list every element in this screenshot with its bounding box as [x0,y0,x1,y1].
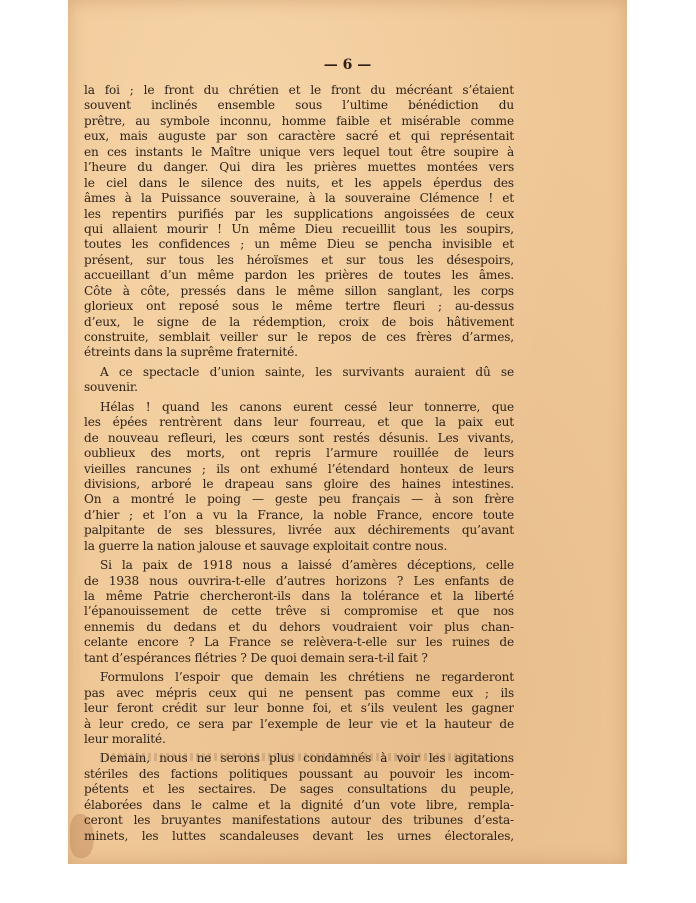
text-line: oublieux des morts, ont repris l’armure … [84,446,514,461]
text-line: pas avec mépris ceux qui ne pensent pas … [84,686,514,701]
faded-show-through-text [100,753,495,761]
text-line: présent, sur tous les héroïsmes et sur t… [84,253,514,268]
text-line: d’eux, le signe de la rédemption, croix … [84,315,514,330]
paragraph: Demain, nous ne serons plus condamnés à … [84,751,514,844]
paragraph: Si la paix de 1918 nous a laissé d’amère… [84,558,514,666]
text-line: les repentirs purifiés par les supplicat… [84,207,514,222]
text-line: accueillant d’un même pardon les prières… [84,268,514,283]
text-line: celante encore ? La France se relèvera-t… [84,635,514,650]
text-line: étreints dans la suprême fraternité. [84,345,514,360]
text-line: les épées rentrèrent dans leur fourreau,… [84,415,514,430]
text-line: le ciel dans le silence des nuits, et le… [84,176,514,191]
text-line: qui allaient mourir ! Un même Dieu recue… [84,222,514,237]
text-line: Si la paix de 1918 nous a laissé d’amère… [84,558,514,573]
text-line: la foi ; le front du chrétien et le fron… [84,83,514,98]
text-line: en ces instants le Maître unique vers le… [84,145,514,160]
paragraph: la foi ; le front du chrétien et le fron… [84,83,514,361]
text-line: A ce spectacle d’union sainte, les survi… [84,365,514,380]
text-line: l’heure du danger. Qui dira les prières … [84,160,514,175]
text-line: divisions, arboré le drapeau sans gloire… [84,477,514,492]
text-line: leur moralité. [84,732,514,747]
text-line: de 1938 nous ouvrira-t-elle d’autres hor… [84,574,514,589]
text-line: Côte à côte, pressés dans le même sillon… [84,284,514,299]
body-text: la foi ; le front du chrétien et le fron… [84,83,514,848]
text-line: élaborées dans le calme et la dignité d’… [84,798,514,813]
text-line: Hélas ! quand les canons eurent cessé le… [84,400,514,415]
paragraph: Formulons l’espoir que demain les chréti… [84,670,514,747]
text-line: la même Patrie chercheront-ils dans la t… [84,589,514,604]
text-line: prêtre, au symbole inconnu, homme faible… [84,114,514,129]
text-line: ceront les bruyantes manifestations auto… [84,813,514,828]
text-line: d’hier ; et l’on a vu la France, la nobl… [84,508,514,523]
text-line: leur feront crédit sur leur bonne foi, e… [84,701,514,716]
paragraph: Hélas ! quand les canons eurent cessé le… [84,400,514,554]
text-line: palpitante de ses blessures, livrée aux … [84,523,514,538]
text-line: souvenir. [84,380,514,395]
text-line: eux, mais auguste par son caractère sacr… [84,129,514,144]
text-line: de nouveau refleuri, les cœurs sont rest… [84,431,514,446]
text-line: On a montré le poing — geste peu françai… [84,492,514,507]
text-line: construite, semblait veiller sur le repo… [84,330,514,345]
text-line: ennemis du dedans et du dehors voudraien… [84,620,514,635]
text-line: la guerre la nation jalouse et sauvage e… [84,539,514,554]
text-line: Formulons l’espoir que demain les chréti… [84,670,514,685]
text-line: pétents et les sectaires. De sages consu… [84,782,514,797]
text-line: stériles des factions politiques poussan… [84,767,514,782]
text-line: souvent inclinés ensemble sous l’ultime … [84,98,514,113]
text-line: glorieux ont reposé sous le même tertre … [84,299,514,314]
page-number: — 6 — [68,57,627,73]
paragraph: A ce spectacle d’union sainte, les survi… [84,365,514,396]
text-line: tant d’espérances flétries ? De quoi dem… [84,651,514,666]
text-line: vieilles rancunes ; ils ont exhumé l’éte… [84,462,514,477]
text-line: âmes à la Puissance souveraine, à la sou… [84,191,514,206]
text-line: à leur credo, ce sera par l’exemple de l… [84,717,514,732]
text-line: minets, les luttes scandaleuses devant l… [84,829,514,844]
text-line: l’épanouissement de cette trêve si compr… [84,604,514,619]
text-line: toutes les confidences ; un même Dieu se… [84,237,514,252]
